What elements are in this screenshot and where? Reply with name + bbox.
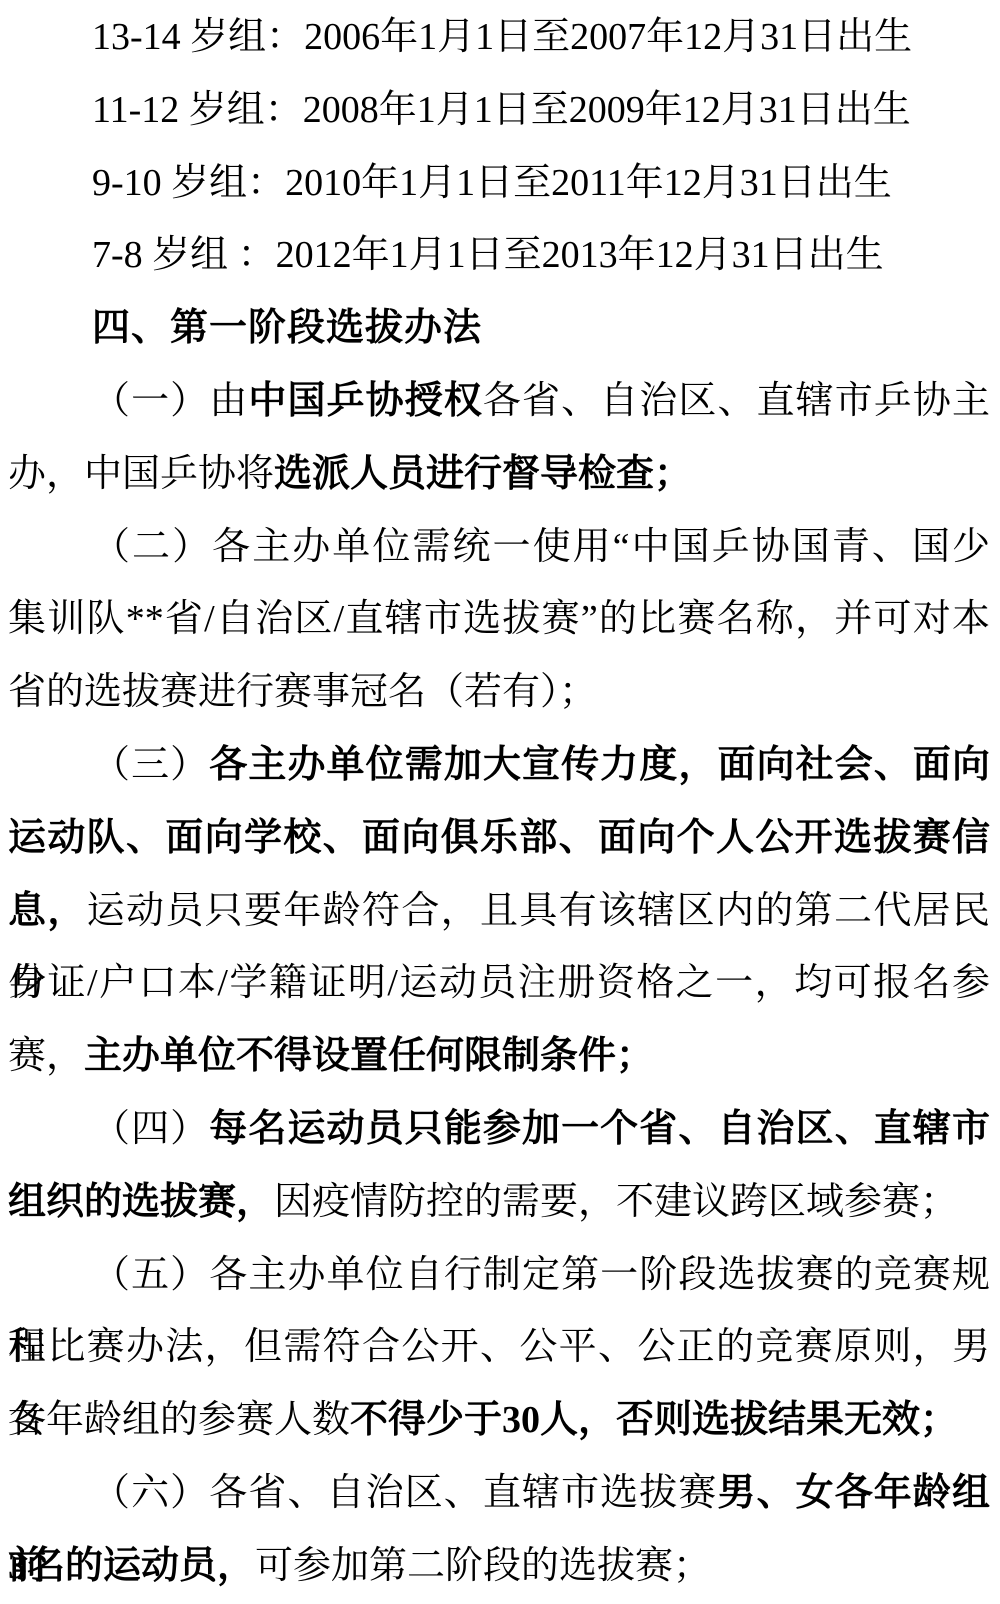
body-text: 11-12 岁组：2008年1月1日至2009年12月31日出生 <box>92 89 911 131</box>
body-text: 13-14 岁组：2006年1月1日至2007年12月31日出生 <box>92 16 912 58</box>
document-page: 13-14 岁组：2006年1月1日至2007年12月31日出生11-12 岁组… <box>0 0 1000 1604</box>
age-group-line-13-14: 13-14 岁组：2006年1月1日至2007年12月31日出生 <box>8 1 990 74</box>
emphasized-text: 主办单位不得设置任何限制条件； <box>84 1035 654 1077</box>
body-text: 各省、自治区、直辖市乒协主 <box>483 380 990 422</box>
body-text: （四） <box>92 1108 209 1150</box>
body-text: （一）由 <box>92 380 248 422</box>
item-3-line-3: 息，运动员只要年龄符合，且具有该辖区内的第二代居民身 <box>8 875 990 948</box>
age-group-line-7-8: 7-8 岁组 ：2012年1月1日至2013年12月31日出生 <box>8 219 990 292</box>
emphasized-text: 选派人员进行督导检查； <box>274 453 692 495</box>
emphasized-text: 各主办单位需加大宣传力度，面向社会、面向 <box>209 744 990 786</box>
body-text: 份证/户口本/学籍证明/运动员注册资格之一，均可报名参 <box>8 962 990 1004</box>
emphasized-text: 组织的选拔赛， <box>8 1181 274 1223</box>
emphasized-text: 四、第一阶段选拔办法 <box>92 307 482 349</box>
body-text: 7-8 岁组 ：2012年1月1日至2013年12月31日出生 <box>92 234 884 276</box>
age-group-line-11-12: 11-12 岁组：2008年1月1日至2009年12月31日出生 <box>8 74 990 147</box>
item-2-line-1: （二）各主办单位需统一使用“中国乒协国青、国少 <box>8 511 990 584</box>
emphasized-text: 息， <box>8 890 87 932</box>
body-text: （六）各省、自治区、直辖市选拔赛 <box>92 1472 717 1514</box>
item-6-line-2: 3名的运动员，可参加第二阶段的选拔赛； <box>8 1530 990 1603</box>
body-text: 办，中国乒协将 <box>8 453 274 495</box>
item-6-line-1: （六）各省、自治区、直辖市选拔赛男、女各年龄组前 <box>8 1457 990 1530</box>
body-text: 省的选拔赛进行赛事冠名（若有）； <box>8 671 597 713</box>
emphasized-text: 运动队、面向学校、面向俱乐部、面向个人公开选拔赛信 <box>8 817 990 859</box>
body-text: 赛， <box>8 1035 84 1077</box>
section-heading: 四、第一阶段选拔办法 <box>8 292 990 365</box>
item-1-line-1: （一）由中国乒协授权各省、自治区、直辖市乒协主 <box>8 365 990 438</box>
emphasized-text: 不得少于30人，否则选拔结果无效； <box>350 1399 958 1441</box>
emphasized-text: 中国乒协授权 <box>248 380 483 422</box>
item-2-line-3: 省的选拔赛进行赛事冠名（若有）； <box>8 656 990 729</box>
emphasized-text: 3名的运动员， <box>8 1545 255 1587</box>
item-3-line-2: 运动队、面向学校、面向俱乐部、面向个人公开选拔赛信 <box>8 802 990 875</box>
item-5-line-3: 各年龄组的参赛人数不得少于30人，否则选拔结果无效； <box>8 1384 990 1457</box>
body-text: 9-10 岁组：2010年1月1日至2011年12月31日出生 <box>92 162 892 204</box>
body-text: （二）各主办单位需统一使用“中国乒协国青、国少 <box>92 526 990 568</box>
emphasized-text: 每名运动员只能参加一个省、自治区、直辖市 <box>209 1108 990 1150</box>
body-text: 各年龄组的参赛人数 <box>8 1399 350 1441</box>
item-2-line-2: 集训队**省/自治区/直辖市选拔赛”的比赛名称，并可对本 <box>8 583 990 656</box>
body-text: 集训队**省/自治区/直辖市选拔赛”的比赛名称，并可对本 <box>8 598 990 640</box>
item-4-line-2: 组织的选拔赛，因疫情防控的需要，不建议跨区域参赛； <box>8 1166 990 1239</box>
document-body: 13-14 岁组：2006年1月1日至2007年12月31日出生11-12 岁组… <box>0 0 1000 1604</box>
body-text: 因疫情防控的需要，不建议跨区域参赛； <box>274 1181 958 1223</box>
item-5-line-1: （五）各主办单位自行制定第一阶段选拔赛的竞赛规程 <box>8 1239 990 1312</box>
item-4-line-1: （四）每名运动员只能参加一个省、自治区、直辖市 <box>8 1093 990 1166</box>
item-3-line-5: 赛，主办单位不得设置任何限制条件； <box>8 1020 990 1093</box>
body-text: 可参加第二阶段的选拔赛； <box>255 1545 711 1587</box>
age-group-line-9-10: 9-10 岁组：2010年1月1日至2011年12月31日出生 <box>8 147 990 220</box>
item-5-line-2: 和比赛办法，但需符合公开、公平、公正的竞赛原则，男女 <box>8 1311 990 1384</box>
item-1-line-2: 办，中国乒协将选派人员进行督导检查； <box>8 438 990 511</box>
item-3-line-1: （三）各主办单位需加大宣传力度，面向社会、面向 <box>8 729 990 802</box>
body-text: （三） <box>92 744 209 786</box>
item-3-line-4: 份证/户口本/学籍证明/运动员注册资格之一，均可报名参 <box>8 947 990 1020</box>
